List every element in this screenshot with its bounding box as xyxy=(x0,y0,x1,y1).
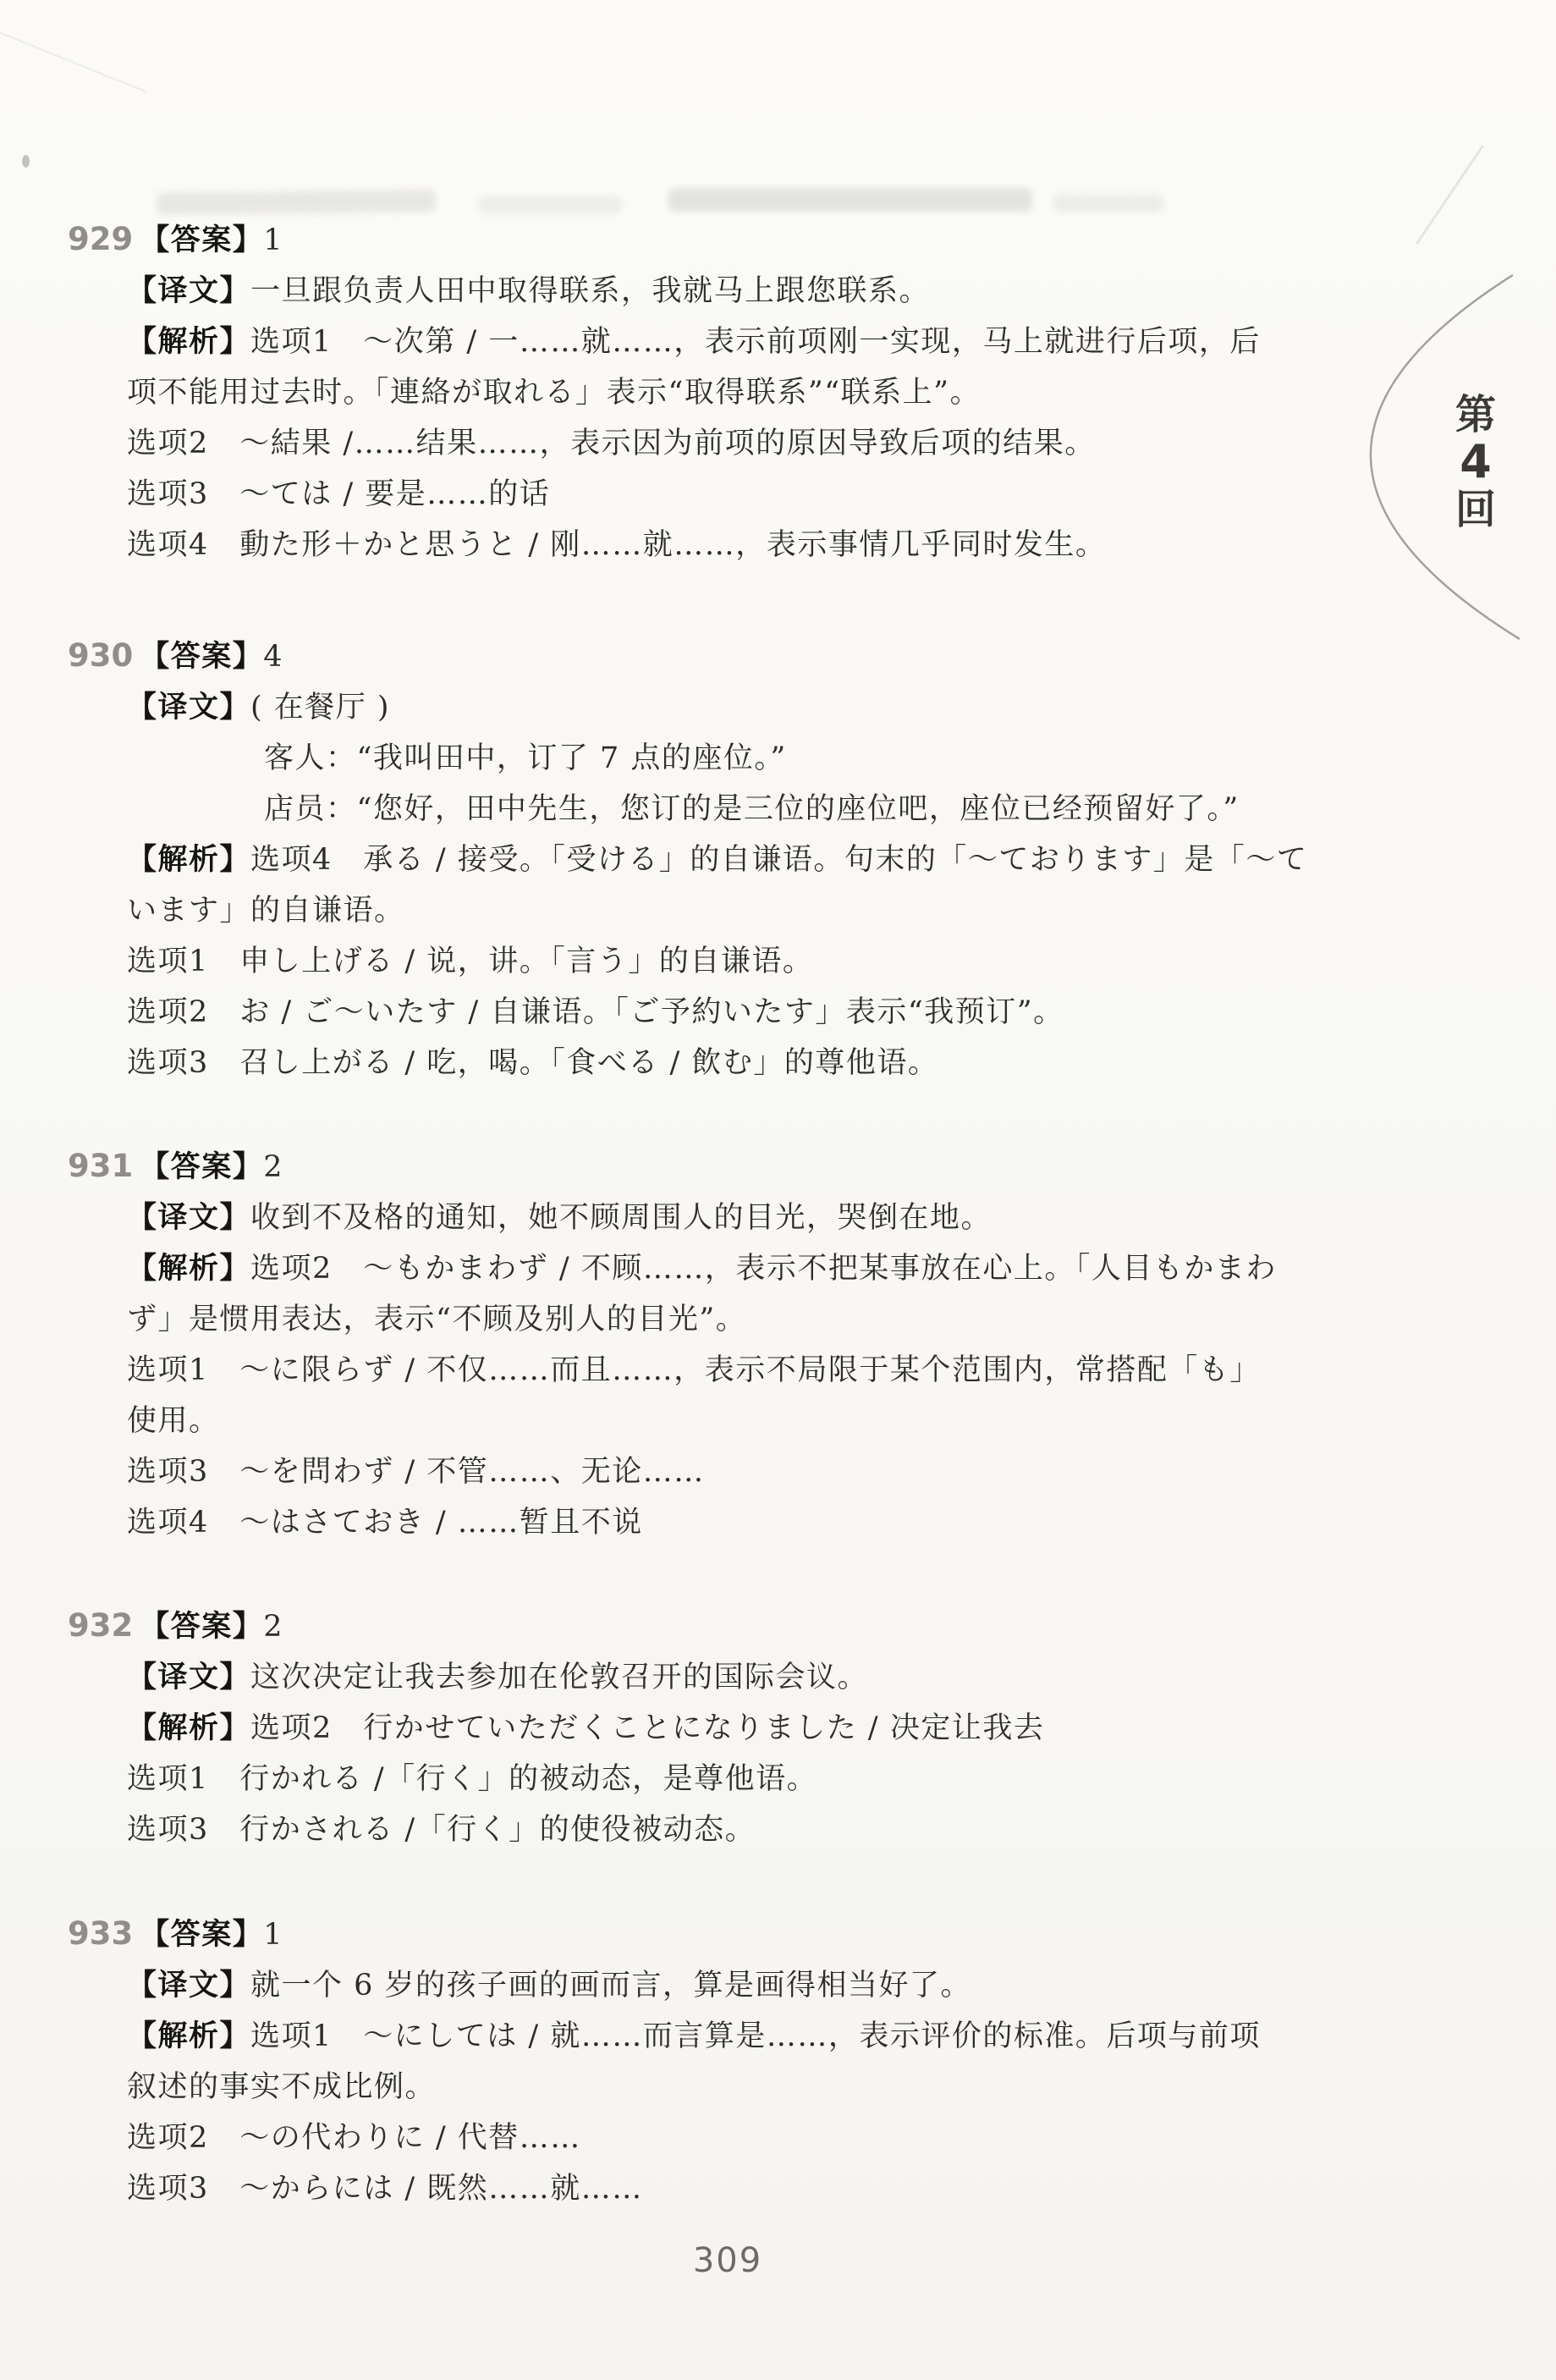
translation-line: 【译文】( 在餐厅 ) xyxy=(68,682,1354,733)
answer-label: 【答案】 xyxy=(140,1609,263,1644)
answer-line: 931【答案】2 xyxy=(68,1141,1354,1193)
scan-scratch-line xyxy=(1416,145,1484,245)
translation-line: 【译文】就一个 6 岁的孩子画的画而言，算是画得相当好了。 xyxy=(68,1960,1354,2011)
question-block-932: 932【答案】2 【译文】这次决定让我去参加在伦敦召开的国际会议。 【解析】选项… xyxy=(68,1600,1354,1855)
translation-text: 这次决定让我去参加在伦敦召开的国际会议。 xyxy=(250,1661,868,1694)
continuation-line: 项不能用过去时。「連絡が取れる」表示“取得联系”“联系上”。 xyxy=(68,367,1354,418)
analysis-text: 选项2 ～もかまわず / 不顾……，表示不把某事放在心上。「人目もかまわ xyxy=(250,1252,1277,1286)
question-number: 929 xyxy=(68,214,133,265)
option-line: 选项3 ～を問わず / 不管……、无论…… xyxy=(68,1446,1354,1497)
analysis-line: 【解析】选项2 ～もかまわず / 不顾……，表示不把某事放在心上。「人目もかまわ xyxy=(68,1243,1354,1294)
analysis-label: 【解析】 xyxy=(127,1251,250,1286)
question-number: 933 xyxy=(68,1909,133,1959)
ink-speck xyxy=(22,155,30,168)
ink-bleed-smudge xyxy=(478,196,622,213)
analysis-text: 选项4 承る / 接受。「受ける」的自谦语。句末的「～ております」是「～て xyxy=(250,843,1307,877)
continuation-line: います」的自谦语。 xyxy=(68,885,1354,936)
option-line: 选项3 ～ては / 要是……的话 xyxy=(68,469,1354,520)
translation-label: 【译文】 xyxy=(127,1200,250,1235)
analysis-text: 选项1 ～次第 / 一……就……，表示前项刚一实现，马上就进行后项，后 xyxy=(250,325,1261,359)
option-line: 选项2 お / ご～いたす / 自谦语。「ご予約いたす」表示“我预订”。 xyxy=(68,987,1354,1038)
question-block-930: 930【答案】4 【译文】( 在餐厅 ) 客人：“我叫田中，订了 7 点的座位。… xyxy=(68,631,1354,1088)
page-number: 309 xyxy=(668,2241,787,2280)
translation-line: 【译文】这次决定让我去参加在伦敦召开的国际会议。 xyxy=(68,1652,1354,1703)
chapter-tab-char-top: 第 xyxy=(1455,391,1496,438)
answer-value: 2 xyxy=(263,1150,283,1184)
option-line: 选项4 ～はさておき / ……暂且不说 xyxy=(68,1497,1354,1548)
answer-label: 【答案】 xyxy=(140,223,263,257)
translation-line: 【译文】一旦跟负责人田中取得联系，我就马上跟您联系。 xyxy=(68,266,1354,317)
continuation-line: 使用。 xyxy=(68,1396,1354,1446)
analysis-line: 【解析】选项4 承る / 接受。「受ける」的自谦语。句末的「～ております」是「～… xyxy=(68,835,1354,885)
dialog-line: 店员：“您好，田中先生，您订的是三位的座位吧，座位已经预留好了。” xyxy=(68,784,1354,835)
translation-label: 【译文】 xyxy=(127,1968,250,2003)
translation-line: 【译文】收到不及格的通知，她不顾周围人的目光，哭倒在地。 xyxy=(68,1193,1354,1243)
answer-line: 930【答案】4 xyxy=(68,631,1354,682)
analysis-line: 【解析】选项1 ～にしては / 就……而言算是……，表示评价的标准。后项与前项 xyxy=(68,2011,1354,2062)
question-block-929: 929【答案】1 【译文】一旦跟负责人田中取得联系，我就马上跟您联系。 【解析】… xyxy=(68,214,1354,570)
analysis-label: 【解析】 xyxy=(127,2019,250,2053)
translation-label: 【译文】 xyxy=(127,273,250,308)
question-number: 930 xyxy=(68,631,133,681)
translation-text: ( 在餐厅 ) xyxy=(250,691,390,724)
ink-bleed-smudge xyxy=(1053,195,1163,212)
answer-label: 【答案】 xyxy=(140,1917,263,1952)
option-line: 选项2 ～結果 /……结果……，表示因为前项的原因导致后项的结果。 xyxy=(68,418,1354,469)
ink-bleed-smudge xyxy=(668,188,1032,212)
answer-label: 【答案】 xyxy=(140,639,263,674)
translation-label: 【译文】 xyxy=(127,690,250,724)
answer-label: 【答案】 xyxy=(140,1149,263,1184)
option-line: 选项1 行かれる /「行く」的被动态，是尊他语。 xyxy=(68,1754,1354,1804)
option-line: 选项3 ～からには / 既然……就…… xyxy=(68,2163,1354,2214)
analysis-label: 【解析】 xyxy=(127,1711,250,1745)
answer-line: 932【答案】2 xyxy=(68,1600,1354,1652)
continuation-line: ず」是惯用表达，表示“不顾及别人的目光”。 xyxy=(68,1294,1354,1345)
question-number: 931 xyxy=(68,1141,133,1192)
answer-value: 2 xyxy=(263,1610,283,1644)
analysis-line: 【解析】选项2 行かせていただくことになりました / 决定让我去 xyxy=(68,1703,1354,1754)
corner-crease-line xyxy=(0,28,146,93)
ink-bleed-smudge xyxy=(157,190,436,214)
option-line: 选项4 動た形＋かと思うと / 刚……就……，表示事情几乎同时发生。 xyxy=(68,520,1354,570)
translation-text: 一旦跟负责人田中取得联系，我就马上跟您联系。 xyxy=(250,274,930,308)
continuation-line: 叙述的事实不成比例。 xyxy=(68,2062,1354,2113)
analysis-text: 选项2 行かせていただくことになりました / 决定让我去 xyxy=(250,1711,1044,1745)
option-line: 选项3 行かされる /「行く」的使役被动态。 xyxy=(68,1804,1354,1855)
answer-line: 933【答案】1 xyxy=(68,1909,1354,1960)
chapter-tab-number: 4 xyxy=(1460,438,1492,486)
book-page: 第 4 回 929【答案】1 【译文】一旦跟负责人田中取得联系，我就马上跟您联系… xyxy=(0,0,1556,2380)
translation-text: 收到不及格的通知，她不顾周围人的目光，哭倒在地。 xyxy=(250,1201,992,1235)
option-line: 选项1 申し上げる / 说，讲。「言う」的自谦语。 xyxy=(68,936,1354,987)
analysis-line: 【解析】选项1 ～次第 / 一……就……，表示前项刚一实现，马上就进行后项，后 xyxy=(68,317,1354,367)
answer-value: 1 xyxy=(263,1918,283,1952)
answer-value: 4 xyxy=(263,640,283,674)
option-line: 选项2 ～の代わりに / 代替…… xyxy=(68,2113,1354,2163)
chapter-tab-char-bottom: 回 xyxy=(1455,486,1496,533)
translation-text: 就一个 6 岁的孩子画的画而言，算是画得相当好了。 xyxy=(250,1969,971,2003)
answer-line: 929【答案】1 xyxy=(68,214,1354,266)
dialog-line: 客人：“我叫田中，订了 7 点的座位。” xyxy=(68,733,1354,784)
option-line: 选项1 ～に限らず / 不仅……而且……，表示不局限于某个范围内，常搭配「も」 xyxy=(68,1345,1354,1396)
question-block-931: 931【答案】2 【译文】收到不及格的通知，她不顾周围人的目光，哭倒在地。 【解… xyxy=(68,1141,1354,1548)
analysis-label: 【解析】 xyxy=(127,324,250,359)
analysis-text: 选项1 ～にしては / 就……而言算是……，表示评价的标准。后项与前项 xyxy=(250,2019,1261,2053)
translation-label: 【译文】 xyxy=(127,1660,250,1694)
chapter-tab: 第 4 回 xyxy=(1445,391,1506,533)
analysis-label: 【解析】 xyxy=(127,842,250,877)
answer-value: 1 xyxy=(263,223,283,257)
question-number: 932 xyxy=(68,1600,133,1651)
option-line: 选项3 召し上がる / 吃，喝。「食べる / 飲む」的尊他语。 xyxy=(68,1038,1354,1088)
question-block-933: 933【答案】1 【译文】就一个 6 岁的孩子画的画而言，算是画得相当好了。 【… xyxy=(68,1909,1354,2214)
